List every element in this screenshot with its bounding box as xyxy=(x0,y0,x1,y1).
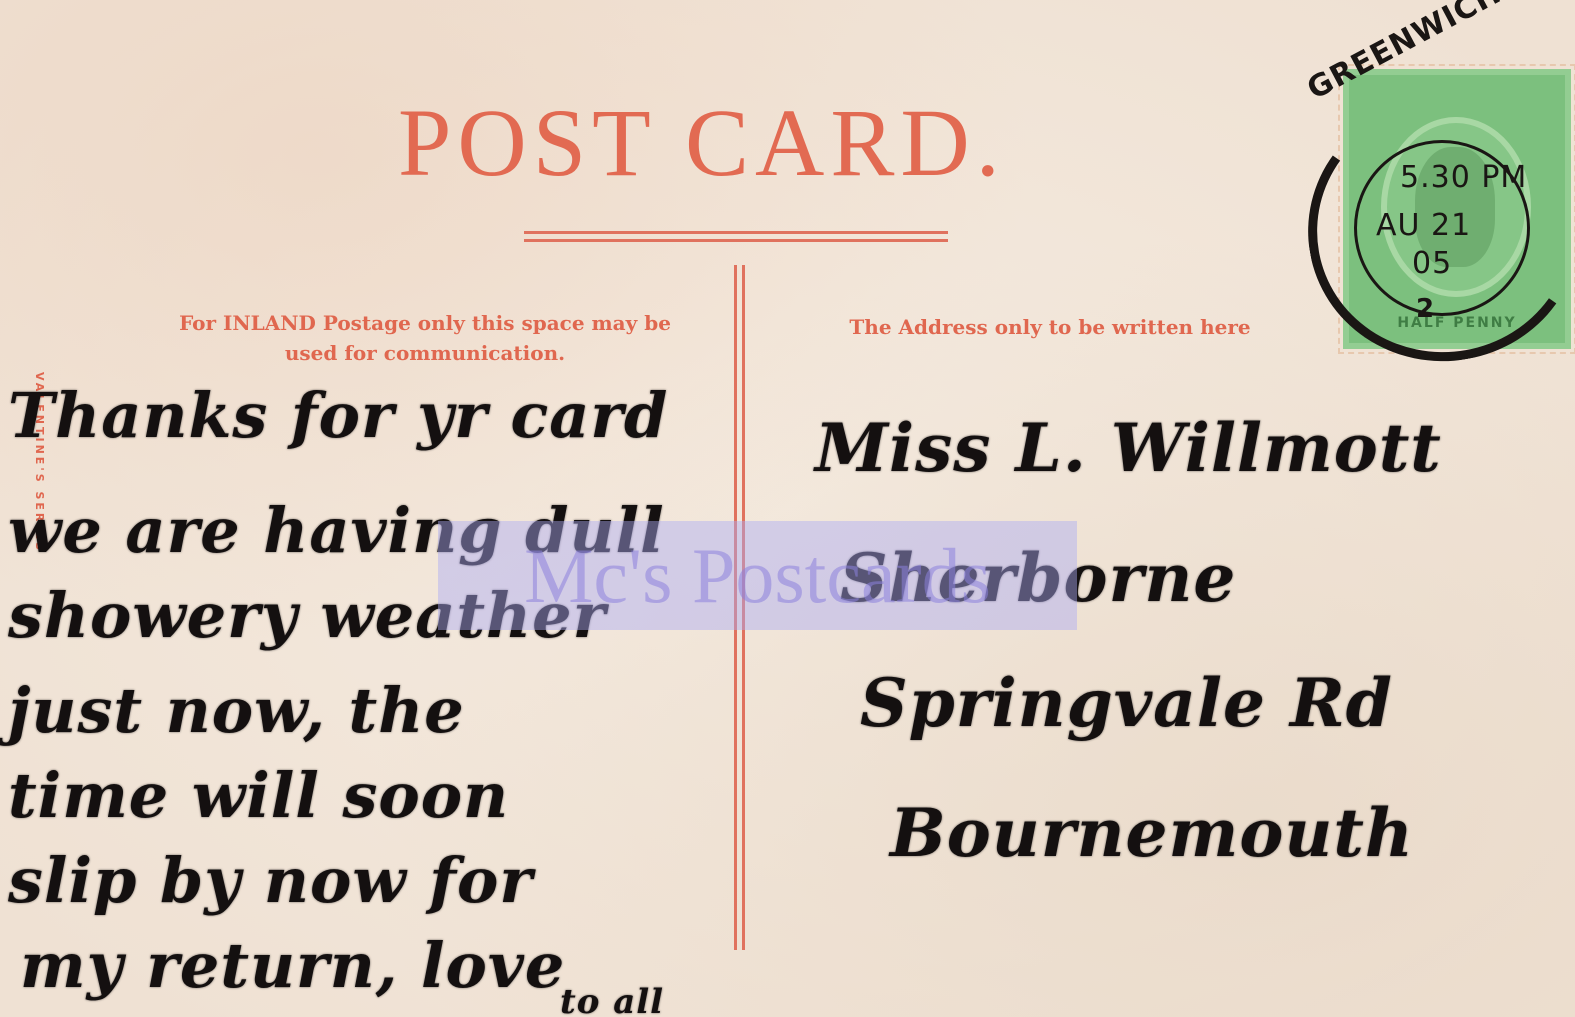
communication-instruction: For INLAND Postage only this space may b… xyxy=(155,308,695,368)
message-line: time will soon xyxy=(8,765,509,827)
address-line-name: Miss L. Willmott xyxy=(815,415,1442,481)
message-line: to all xyxy=(560,985,664,1017)
watermark-text: Mc's Postcards xyxy=(524,531,991,621)
postmark-code: 2 xyxy=(1416,294,1435,324)
title-underline-bottom xyxy=(524,239,948,242)
watermark-banner: Mc's Postcards xyxy=(438,521,1077,630)
postmark: GREENWICH·S.E. 5.30 PM AU 21 05 2 xyxy=(1308,98,1575,348)
postmark-time: 5.30 PM xyxy=(1400,160,1527,195)
message-line: just now, the xyxy=(8,680,465,742)
postmark-date: AU 21 xyxy=(1376,208,1471,243)
address-instruction: The Address only to be written here xyxy=(820,312,1280,342)
title-underline-top xyxy=(524,231,948,234)
postcard-title: POST CARD. xyxy=(398,95,1098,191)
address-line-town: Bournemouth xyxy=(890,800,1414,866)
postcard-back: POST CARD. For INLAND Postage only this … xyxy=(0,0,1575,1017)
message-line: slip by now for xyxy=(8,850,533,912)
message-line: Thanks for yr card xyxy=(8,385,668,447)
message-line: my return, love xyxy=(20,935,565,997)
address-line-street: Springvale Rd xyxy=(860,670,1393,736)
postmark-year: 05 xyxy=(1412,246,1452,281)
